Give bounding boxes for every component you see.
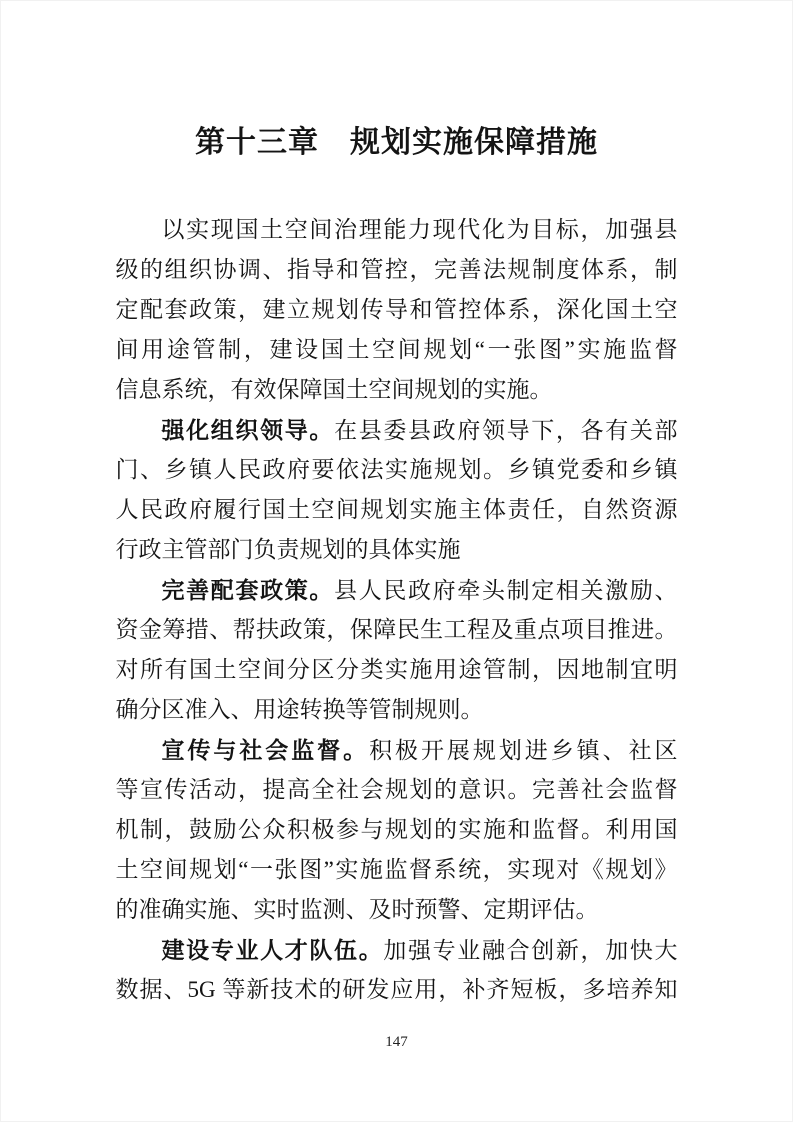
paragraph-lead: 完善配套政策。 (162, 577, 335, 603)
text-run: 信息系统，有效保障国土空间规划的实施。 (116, 377, 553, 402)
text-run: 对所有国土空间分区分类实施用途管制，因地制宜明 (116, 657, 678, 682)
text-run: 确分区准入、用途转换等管制规则。 (116, 697, 484, 722)
paragraph-lead: 强化组织领导。 (162, 417, 335, 443)
text-line: 行政主管部门负责规划的具体实施 (116, 530, 678, 570)
text-line: 资金筹措、帮扶政策，保障民生工程及重点项目推进。 (116, 610, 678, 650)
text-line: 完善配套政策。县人民政府牵头制定相关激励、 (116, 570, 678, 610)
paragraph: 建设专业人才队伍。加强专业融合创新，加快大数据、5G 等新技术的研发应用，补齐短… (116, 930, 678, 1010)
document-page: 第十三章 规划实施保障措施 以实现国土空间治理能力现代化为目标，加强县级的组织协… (0, 0, 793, 1122)
text-line: 宣传与社会监督。积极开展规划进乡镇、社区（村） (116, 730, 678, 770)
text-run: 定配套政策，建立规划传导和管控体系，深化国土空 (116, 297, 678, 322)
text-run: 资金筹措、帮扶政策，保障民生工程及重点项目推进。 (116, 617, 678, 642)
text-line: 信息系统，有效保障国土空间规划的实施。 (116, 370, 678, 410)
paragraph-lead: 建设专业人才队伍。 (162, 937, 384, 963)
text-line: 间用途管制，建设国土空间规划“一张图”实施监督 (116, 330, 678, 370)
paragraph: 完善配套政策。县人民政府牵头制定相关激励、资金筹措、帮扶政策，保障民生工程及重点… (116, 570, 678, 730)
text-run: 县人民政府牵头制定相关激励、 (334, 578, 677, 603)
text-line: 等宣传活动，提高全社会规划的意识。完善社会监督 (116, 770, 678, 810)
paragraph: 宣传与社会监督。积极开展规划进乡镇、社区（村）等宣传活动，提高全社会规划的意识。… (116, 730, 678, 930)
text-run: 的准确实施、实时监测、及时预警、定期评估。 (116, 897, 599, 922)
text-run: 门、乡镇人民政府要依法实施规划。乡镇党委和乡镇 (116, 457, 678, 482)
document-body: 以实现国土空间治理能力现代化为目标，加强县级的组织协调、指导和管控，完善法规制度… (116, 210, 678, 1010)
text-line: 数据、5G 等新技术的研发应用，补齐短板，多培养知 (116, 970, 678, 1010)
text-run: 等宣传活动，提高全社会规划的意识。完善社会监督 (116, 777, 678, 802)
paragraph: 强化组织领导。在县委县政府领导下，各有关部门、乡镇人民政府要依法实施规划。乡镇党… (116, 410, 678, 570)
text-run: 数据、5G 等新技术的研发应用，补齐短板，多培养知 (116, 977, 678, 1002)
text-line: 以实现国土空间治理能力现代化为目标，加强县 (116, 210, 678, 250)
text-run: 土空间规划“一张图”实施监督系统，实现对《规划》 (116, 857, 678, 882)
text-line: 强化组织领导。在县委县政府领导下，各有关部 (116, 410, 678, 450)
text-line: 人民政府履行国土空间规划实施主体责任，自然资源 (116, 490, 678, 530)
text-line: 对所有国土空间分区分类实施用途管制，因地制宜明 (116, 650, 678, 690)
text-line: 级的组织协调、指导和管控，完善法规制度体系，制 (116, 250, 678, 290)
text-line: 定配套政策，建立规划传导和管控体系，深化国土空 (116, 290, 678, 330)
paragraph: 以实现国土空间治理能力现代化为目标，加强县级的组织协调、指导和管控，完善法规制度… (116, 210, 678, 410)
text-line: 土空间规划“一张图”实施监督系统，实现对《规划》 (116, 850, 678, 890)
text-run: 级的组织协调、指导和管控，完善法规制度体系，制 (116, 257, 678, 282)
text-run: 行政主管部门负责规划的具体实施 (116, 537, 461, 562)
text-line: 门、乡镇人民政府要依法实施规划。乡镇党委和乡镇 (116, 450, 678, 490)
text-run: 加强专业融合创新，加快大 (383, 938, 677, 963)
text-run: 机制，鼓励公众积极参与规划的实施和监督。利用国 (116, 817, 678, 842)
page-number: 147 (0, 1032, 793, 1052)
text-line: 确分区准入、用途转换等管制规则。 (116, 690, 678, 730)
text-run: 在县委县政府领导下，各有关部 (334, 418, 677, 443)
text-run: 人民政府履行国土空间规划实施主体责任，自然资源 (116, 497, 678, 522)
text-line: 机制，鼓励公众积极参与规划的实施和监督。利用国 (116, 810, 678, 850)
text-line: 的准确实施、实时监测、及时预警、定期评估。 (116, 890, 678, 930)
text-run: 间用途管制，建设国土空间规划“一张图”实施监督 (116, 337, 678, 362)
paragraph-lead: 宣传与社会监督。 (162, 737, 370, 763)
text-run: 以实现国土空间治理能力现代化为目标，加强县 (162, 217, 678, 242)
chapter-title: 第十三章 规划实施保障措施 (0, 125, 793, 161)
text-line: 建设专业人才队伍。加强专业融合创新，加快大 (116, 930, 678, 970)
